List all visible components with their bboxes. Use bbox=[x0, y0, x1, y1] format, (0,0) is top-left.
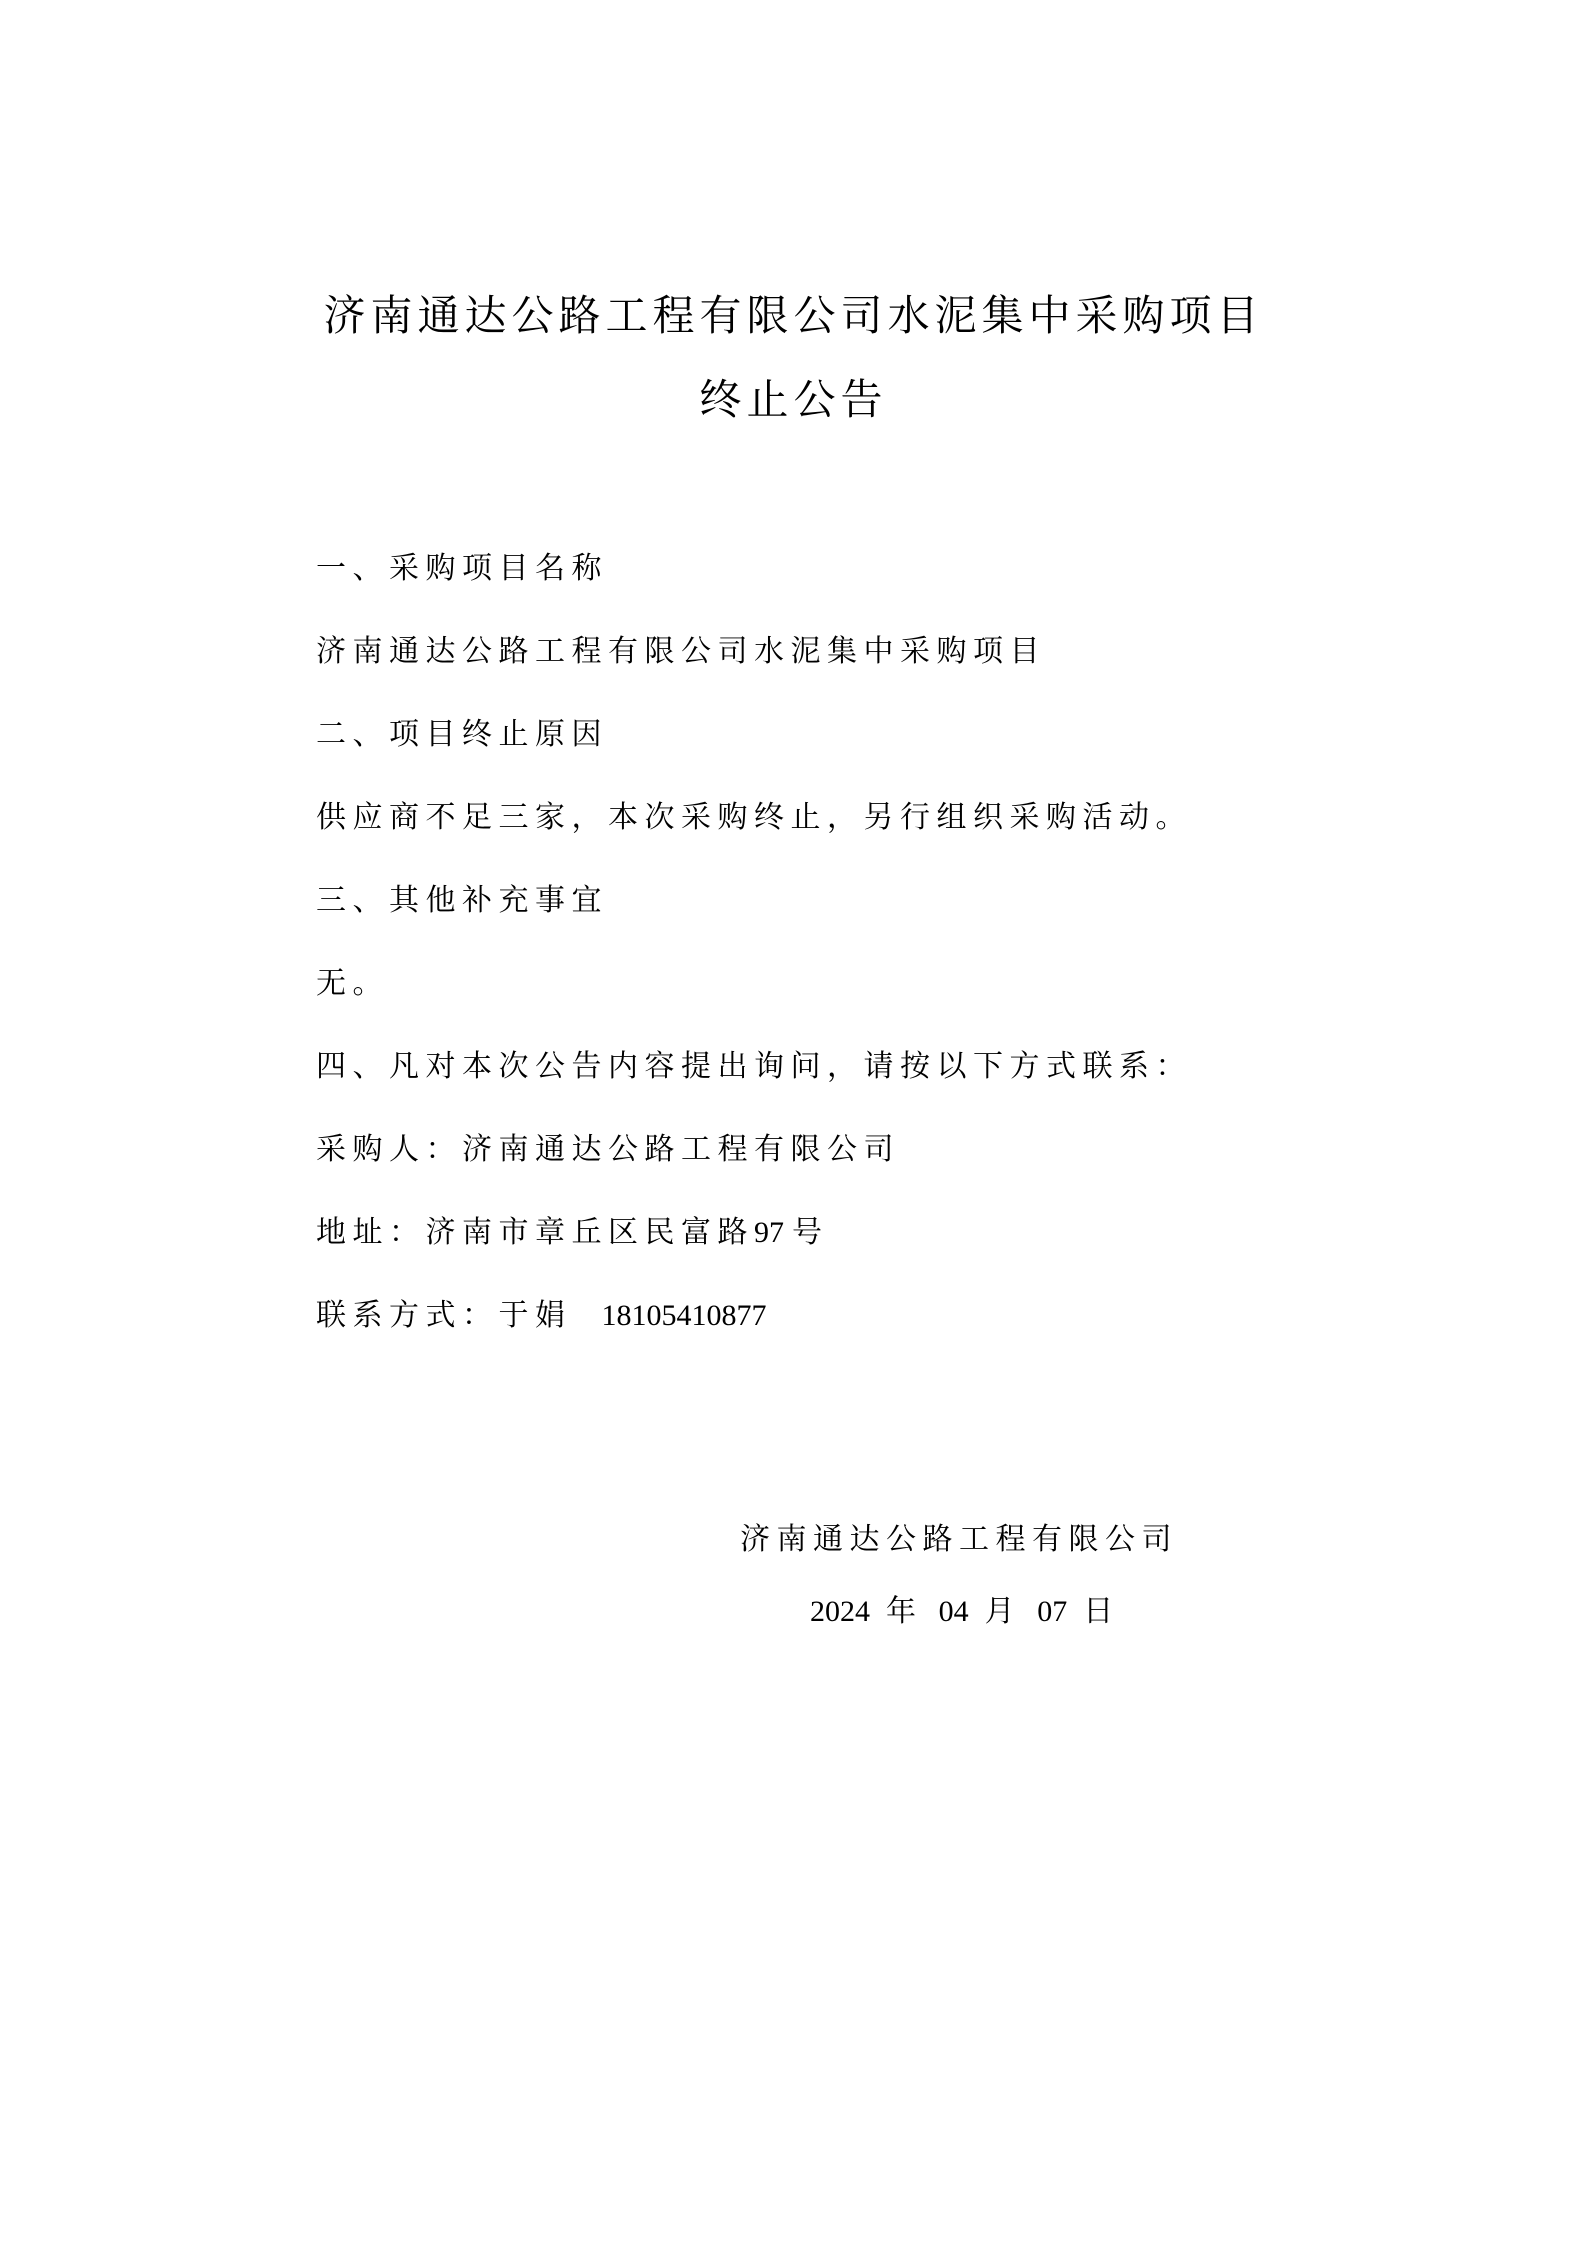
address-label: 地址： bbox=[316, 1215, 426, 1250]
contact-phone: 18105410877 bbox=[602, 1299, 767, 1332]
section-2-content: 供应商不足三家，本次采购终止，另行组织采购活动。 bbox=[316, 800, 1192, 836]
document-title-line-2: 终止公告 bbox=[0, 376, 1587, 424]
contact-line: 联系方式：于娟18105410877 bbox=[316, 1298, 767, 1334]
section-1-content: 济南通达公路工程有限公司水泥集中采购项目 bbox=[316, 634, 1046, 670]
address-suffix: 号 bbox=[792, 1215, 829, 1250]
address-line: 地址：济南市章丘区民富路97号 bbox=[316, 1215, 829, 1251]
signature-company: 济南通达公路工程有限公司 bbox=[740, 1522, 1178, 1558]
date-month-unit: 月 bbox=[985, 1594, 1022, 1629]
purchaser-line: 采购人：济南通达公路工程有限公司 bbox=[316, 1132, 900, 1168]
date-day-unit: 日 bbox=[1083, 1594, 1120, 1629]
signature-date: 2024 年 04 月 07 日 bbox=[810, 1594, 1120, 1630]
document-title-line-1: 济南通达公路工程有限公司水泥集中采购项目 bbox=[0, 292, 1587, 340]
section-3-heading: 三、其他补充事宜 bbox=[316, 883, 608, 919]
purchaser-name: 济南通达公路工程有限公司 bbox=[462, 1132, 900, 1167]
contact-label: 联系方式： bbox=[316, 1298, 499, 1333]
section-1-heading: 一、采购项目名称 bbox=[316, 551, 608, 587]
address-number: 97 bbox=[754, 1216, 784, 1249]
section-2-heading: 二、项目终止原因 bbox=[316, 717, 608, 753]
date-day: 07 bbox=[1037, 1595, 1067, 1628]
date-month: 04 bbox=[939, 1595, 969, 1628]
address-street: 济南市章丘区民富路 bbox=[426, 1215, 755, 1250]
document-page: 济南通达公路工程有限公司水泥集中采购项目 终止公告 一、采购项目名称 济南通达公… bbox=[0, 0, 1587, 2245]
section-4-heading: 四、凡对本次公告内容提出询问，请按以下方式联系： bbox=[316, 1049, 1192, 1085]
date-year: 2024 bbox=[810, 1595, 870, 1628]
contact-name: 于娟 bbox=[499, 1298, 572, 1333]
date-year-unit: 年 bbox=[886, 1594, 923, 1629]
section-3-content: 无。 bbox=[316, 966, 389, 1002]
purchaser-label: 采购人： bbox=[316, 1132, 462, 1167]
